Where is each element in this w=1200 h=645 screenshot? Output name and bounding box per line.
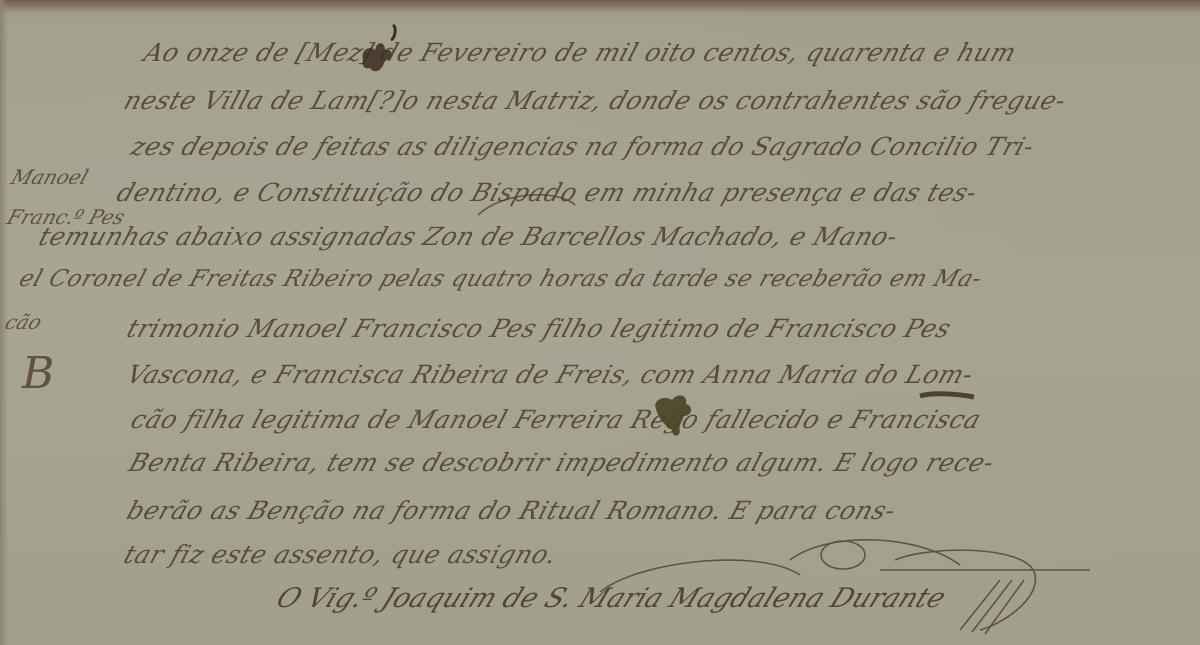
ink-smudge — [918, 388, 978, 404]
ink-blot-middle — [650, 390, 700, 440]
signature-flourish — [0, 0, 1200, 645]
ink-blot-top — [355, 20, 405, 80]
manuscript-page: Ao onze de [Mez] de Fevereiro de mil oit… — [0, 0, 1200, 645]
